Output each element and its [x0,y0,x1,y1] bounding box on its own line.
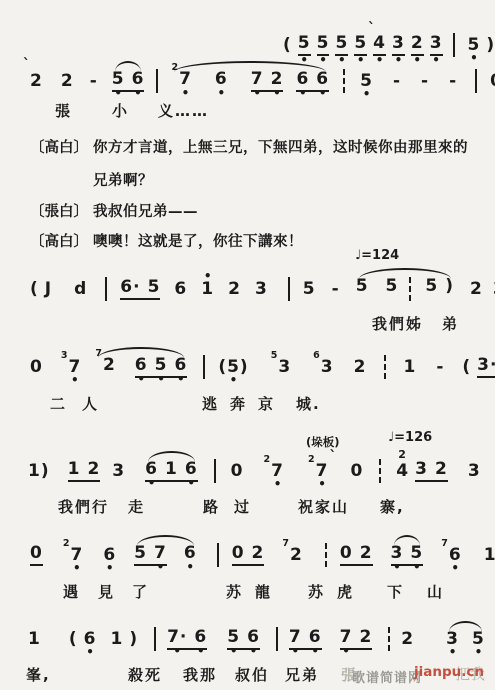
note: 5• [155,356,168,375]
lyric: 苏 [226,581,243,602]
note: 5• [468,36,481,55]
note: 6• [247,628,260,647]
note: 2 [252,544,265,563]
note-number: 2 [103,356,116,375]
note-number: ( [30,280,39,299]
note: 7• [154,544,167,563]
lyric: 張 [55,100,72,121]
note: 2 [61,72,74,91]
note: 6• [215,70,228,89]
number-above: 2 [398,449,406,461]
lyric: 城. [296,393,321,414]
note-number-wrap: - [421,72,429,91]
slur-group: 3•5• [391,544,424,566]
note-number-wrap: 6• [449,546,462,565]
note-number-wrap: 2 [61,72,74,91]
note: 5• [335,34,348,56]
grace-note: 7 [282,539,289,549]
note-number: 2 [228,280,241,299]
note: ) [129,630,138,649]
low-octave-dot: • [292,645,300,657]
beam-group: 5•6• [227,628,260,650]
music-line-0: (5•5•5•5•ˋ4•3•2•3•5•) [283,30,495,60]
note-number-wrap: 5• [227,628,240,647]
note: 3 [112,462,125,481]
lyric: 遇 [63,581,80,602]
note: 5 [148,278,161,297]
note-number-wrap: 6• [174,356,187,375]
note-number: 2 [30,72,43,91]
note: 1 [403,358,416,377]
note-number: 1 [484,546,495,565]
note: 5• [298,34,311,56]
note-number: - [449,72,457,91]
note-number: 3 [278,358,291,377]
note-number-wrap: 1 [165,460,178,479]
note: 3 [468,462,481,481]
note: 6• [103,546,116,565]
note: 42 [396,462,409,481]
grace-note: 2 [308,455,315,465]
low-octave-dot: • [318,478,326,490]
note: 63 [313,358,333,377]
note: 5 [303,280,316,299]
note-number-wrap: 2• [411,34,424,56]
note-number-wrap: 5 [303,280,316,299]
beam-group: 7·•6• [167,628,207,650]
lyric: 了 [132,581,149,602]
note: 1 [68,460,81,479]
note-number-wrap: 5 [356,277,369,296]
low-octave-dot: • [395,54,403,66]
dashed-barline [409,277,411,301]
lyric: 路 [203,496,220,517]
note-number: 0 [350,462,363,481]
lyric: 祝家山 [298,496,349,517]
note-number-wrap: 3· [477,356,495,375]
beam-group: 32 [415,460,448,482]
note-number-wrap: 2 [87,460,100,479]
note: 5• [472,630,485,649]
note: 6• [296,70,309,89]
note-number-wrap: 2 [103,356,116,375]
lyric: 弟 [442,313,459,334]
low-octave-dot: • [197,645,205,657]
low-octave-dot: • [173,645,181,657]
low-octave-dot: • [157,373,165,385]
lyric: 虎 [337,581,354,602]
note: ( [462,358,471,377]
lyric: 苏 [308,581,325,602]
note-number-wrap: 3• [446,630,459,649]
note-number: ) [129,630,138,649]
note-number: 2 [360,544,373,563]
note-number: 3 [112,462,125,481]
note-number: - [436,358,444,377]
note-number-wrap: 6• [215,70,228,89]
grace-note: 2 [264,455,271,465]
note: 2 [435,460,448,479]
note: 1 [28,630,41,649]
lyric: 义…… [158,100,209,121]
dialogue-speaker: 〔高白〕 [30,136,88,157]
low-octave-dot: • [71,374,79,386]
note: 6• [174,356,187,375]
note: 5• [317,34,330,56]
dialogue-text: 兄弟啊？ [93,169,153,190]
note-number-wrap: 3• [430,34,443,56]
note: 0 [340,544,353,563]
note-number-wrap: 42 [396,462,409,481]
dashed-barline [388,627,390,651]
note: - [421,72,429,91]
note: 3• [446,630,459,649]
low-octave-dot: • [148,477,156,489]
note: 53 [271,358,291,377]
note-number: ) [486,36,495,55]
beam-group: 7•6• [289,628,322,650]
note-number-wrap: J [45,280,52,299]
lyrics-line-4: 我們行走路过祝家山寨, [0,496,495,516]
note: 0 [350,462,363,481]
beam-group: 02 [340,544,373,566]
low-octave-dot: • [230,374,238,386]
note: 5• [112,70,125,89]
barline [475,69,477,93]
low-octave-dot: • [376,54,384,66]
low-octave-dot: • [273,87,281,99]
note-number-wrap: - [332,280,340,299]
lyric: 山 [427,581,444,602]
dashed-barline [343,69,345,93]
note: 6• [145,460,158,479]
low-octave-dot: • [106,562,114,574]
note-number-wrap: 6• [103,546,116,565]
low-octave-dot: • [177,373,185,385]
note: - [332,280,340,299]
note: 0 [232,544,245,563]
beam-group: 6•6• [296,70,329,92]
low-octave-dot: • [470,52,478,64]
low-octave-dot: • [114,87,122,99]
note-number-wrap: 4• [373,34,386,56]
low-octave-dot: • [86,646,94,658]
note-number-wrap: 3 [321,358,334,377]
note: 0 [30,544,43,566]
note-number: 5 [148,278,161,297]
note-number: 2 [354,358,367,377]
note-number: 0 [30,358,43,377]
note-number-wrap: 2ˋ [30,72,43,91]
note-number-wrap: 7• [68,358,81,377]
low-octave-dot: • [187,477,195,489]
slur-group: 726•5•6• [95,356,187,378]
note-number-wrap: 6• [132,70,145,89]
dialogue-text: 我叔伯兄弟—— [93,200,198,221]
low-octave-dot: • [319,54,327,66]
music-line-5: 027•6•57•6•0272023•5•76•1 [30,540,495,570]
note-number: 0 [490,72,495,91]
tempo-marking-126: ♩=126 [388,430,432,445]
note: ( [69,630,78,649]
note-number: 6 [174,280,187,299]
note-number-wrap: ) [445,277,454,296]
note: 5•ˋ [354,34,367,56]
note-number: 2 [435,460,448,479]
note-number-wrap: - [449,72,457,91]
note-number-wrap: 6• [185,460,198,479]
note: 5• [360,72,373,91]
note: 27• [171,70,191,89]
note-number: 2 [470,280,483,299]
note: 3· [477,356,495,375]
note-number: 5 [386,277,399,296]
note-number: 2 [61,72,74,91]
barline [217,543,219,567]
note-number: 5 [425,277,438,296]
note-number-wrap: ( [462,358,471,377]
low-octave-dot: • [230,645,238,657]
low-octave-dot: • [253,87,261,99]
note: 2• [271,70,284,89]
note-number-wrap: ) [129,630,138,649]
note-number-wrap: 3 [112,462,125,481]
lyric: 逃 [202,393,219,414]
note-number-wrap: 2• [271,70,284,89]
note-number-wrap: 5• [468,36,481,55]
slur-group: 57•6• [134,544,197,566]
note-number-wrap: 5• [317,34,330,56]
note: 5• [410,544,423,563]
beam-group: 5•6• [112,70,145,92]
low-octave-dot: • [274,478,282,490]
beam-group: 6·5 [120,278,160,300]
music-line-1: 2ˋ2-5•6•27•6•7•2•6•6•5•---00 [30,66,495,96]
dashed-barline [384,355,386,379]
low-octave-dot: • [182,87,190,99]
note-number: 1 [28,630,41,649]
note: 6• [185,460,198,479]
note: 3 [255,280,268,299]
note: J [45,280,52,299]
note-number: 2 [401,630,414,649]
low-octave-dot: • [393,561,401,573]
note-number: 1 [68,460,81,479]
lyric: 下 [387,581,404,602]
barline [203,355,205,379]
lyric: 兄弟 [285,664,319,685]
watermark-site-url: jianpu.cn [414,664,484,680]
note-number-wrap: 5 [148,278,161,297]
lyric: 叔伯 [235,664,269,685]
low-octave-dot: • [137,373,145,385]
note-number-wrap: 2 [359,628,372,647]
note: 1 [110,630,123,649]
note-number-wrap: 6• [145,460,158,479]
lyric: 人 [82,393,99,414]
low-octave-dot: • [186,561,194,573]
note-number: J [45,280,52,299]
low-octave-dot: • [342,645,350,657]
note-number: 2 [87,460,100,479]
sheet-music-page: 〔高白〕 你方才言道，上無三兄，下無四弟，这时候你由那里來的 兄弟啊？ 〔張白〕… [0,0,495,690]
lyric: 龍 [255,581,272,602]
note-number: 3 [255,280,268,299]
note-number-wrap: 2 [228,280,241,299]
note-number-wrap: 1 [110,630,123,649]
note-number-wrap: (5)• [218,358,248,377]
beam-group: 7•2• [251,70,284,92]
lyric: 見 [98,581,115,602]
note-number-wrap: - [436,358,444,377]
note-number-wrap: 2 [470,280,483,299]
note-number-wrap: 1 [403,358,416,377]
note-number-wrap: - [90,72,98,91]
note: 37• [61,358,81,377]
note-number-wrap: 6• [184,544,197,563]
low-octave-dot: • [432,54,440,66]
note: 6· [120,278,140,297]
note-number: 2 [252,544,265,563]
note-number-wrap: 6• [316,70,329,89]
note: 2 [228,280,241,299]
note-number-wrap: 6• [309,628,322,647]
note-number-wrap: 5• [410,544,423,563]
beam-group: 02 [232,544,265,566]
note-number: - [332,280,340,299]
note-number-wrap: 2 [252,544,265,563]
note-number-wrap: 2 [290,546,303,565]
note: 7• [289,628,302,647]
dashed-barline [325,543,327,567]
note-number-wrap: 7• [289,628,302,647]
beam-group: 7•2 [340,628,373,650]
dialogue-text: 你方才言道，上無三兄，下無四弟，这时候你由那里來的 [93,136,468,157]
note-number: 3 [468,462,481,481]
low-octave-dot: • [73,562,81,574]
tempo-marking-124: ♩=124 [355,248,399,263]
note-number-wrap: 5•ˋ [354,34,367,56]
note-number-wrap: 7• [251,70,264,89]
note: 5 [386,277,399,296]
note: 7• [340,628,353,647]
music-line-2: (Jd6·561•235-555)232123ˋ [30,274,495,304]
note: 72 [282,546,302,565]
lyrics-line-3: 二人逃奔京城. [0,393,495,413]
note: 1 [165,460,178,479]
note-number: 0 [232,544,245,563]
note-number-wrap: 0 [231,462,244,481]
note-number: 4 [396,462,409,481]
note-number-wrap: 5• [360,72,373,91]
low-octave-dot: • [250,645,258,657]
note-number-wrap: 0 [232,544,245,563]
note-number: 0 [231,462,244,481]
note-number-wrap: 0 [30,358,43,377]
low-octave-dot: • [319,87,327,99]
banshi-label-duoban: (垛板) [306,434,340,450]
note: 3• [430,34,443,56]
grace-note: 6 [313,351,320,361]
low-octave-dot: • [413,561,421,573]
note-number-wrap: 3 [255,280,268,299]
note-number: 2 [290,546,303,565]
note: 6 [174,280,187,299]
note-number-wrap: 7• [271,462,284,481]
note-number: 5 [134,544,147,563]
grace-note: 7 [95,349,102,359]
note: 6• [135,356,148,375]
note-number: - [393,72,401,91]
lyric: 峯, [26,664,51,685]
note: 72 [95,356,115,375]
note: d [74,280,87,299]
barline [156,69,158,93]
barline [453,33,455,57]
note: 76• [441,546,461,565]
note-number-wrap: ) [486,36,495,55]
note: 2 [470,280,483,299]
slur-group: 5•6• [112,70,145,92]
note: 6• [316,70,329,89]
beam-group: 6•16• [145,460,198,482]
low-octave-dot: • [413,54,421,66]
note-number-wrap: 0 [350,462,363,481]
note: 1• [201,280,214,299]
grace-note: 2 [171,63,178,73]
low-octave-dot: • [449,646,457,658]
note-number-wrap: 7• [70,546,83,565]
note: 0 [231,462,244,481]
note-number: 1 [165,460,178,479]
note-number-wrap: 5• [112,70,125,89]
note-number-wrap: 5 [134,544,147,563]
low-octave-dot: • [475,646,483,658]
lyric: 殺死 [128,664,162,685]
low-octave-dot: • [217,87,225,99]
high-octave-dot: • [204,270,212,282]
dialogue-speaker: 〔高白〕 [30,230,88,251]
note: 5 [134,544,147,563]
note-number-wrap: 1 [68,460,81,479]
note-number-wrap: 2 [360,544,373,563]
slur-group: 3•5• [446,630,485,649]
note-number-wrap: 3• [392,34,405,56]
note: 5• [227,628,240,647]
music-line-6: 1(6•1)7·•6•5•6•7•6•7•223•5•27•7•6• [28,624,495,654]
note-number: 0 [30,544,43,566]
note-number: ( [283,36,292,55]
note-number: 2 [359,628,372,647]
note-number: 3· [477,356,495,375]
note: ( [30,280,39,299]
note-number-wrap: 7•ˋ [316,462,329,481]
music-line-3: 037•726•5•6•(5)•536321-(3·526• [30,352,495,382]
lyrics-line-5: 遇見了苏龍苏虎下山 [0,581,495,601]
grace-note: 2 [63,539,70,549]
barline [154,627,156,651]
note: - [90,72,98,91]
note-number: ( [69,630,78,649]
note-number: 1 [403,358,416,377]
note-number: 0 [340,544,353,563]
note-number-wrap: 2 [435,460,448,479]
lyric: 过 [234,496,251,517]
note-number: 3 [321,358,334,377]
note-number-wrap: ( [69,630,78,649]
grace-note: 5 [271,351,278,361]
note-number-wrap: 2 [354,358,367,377]
